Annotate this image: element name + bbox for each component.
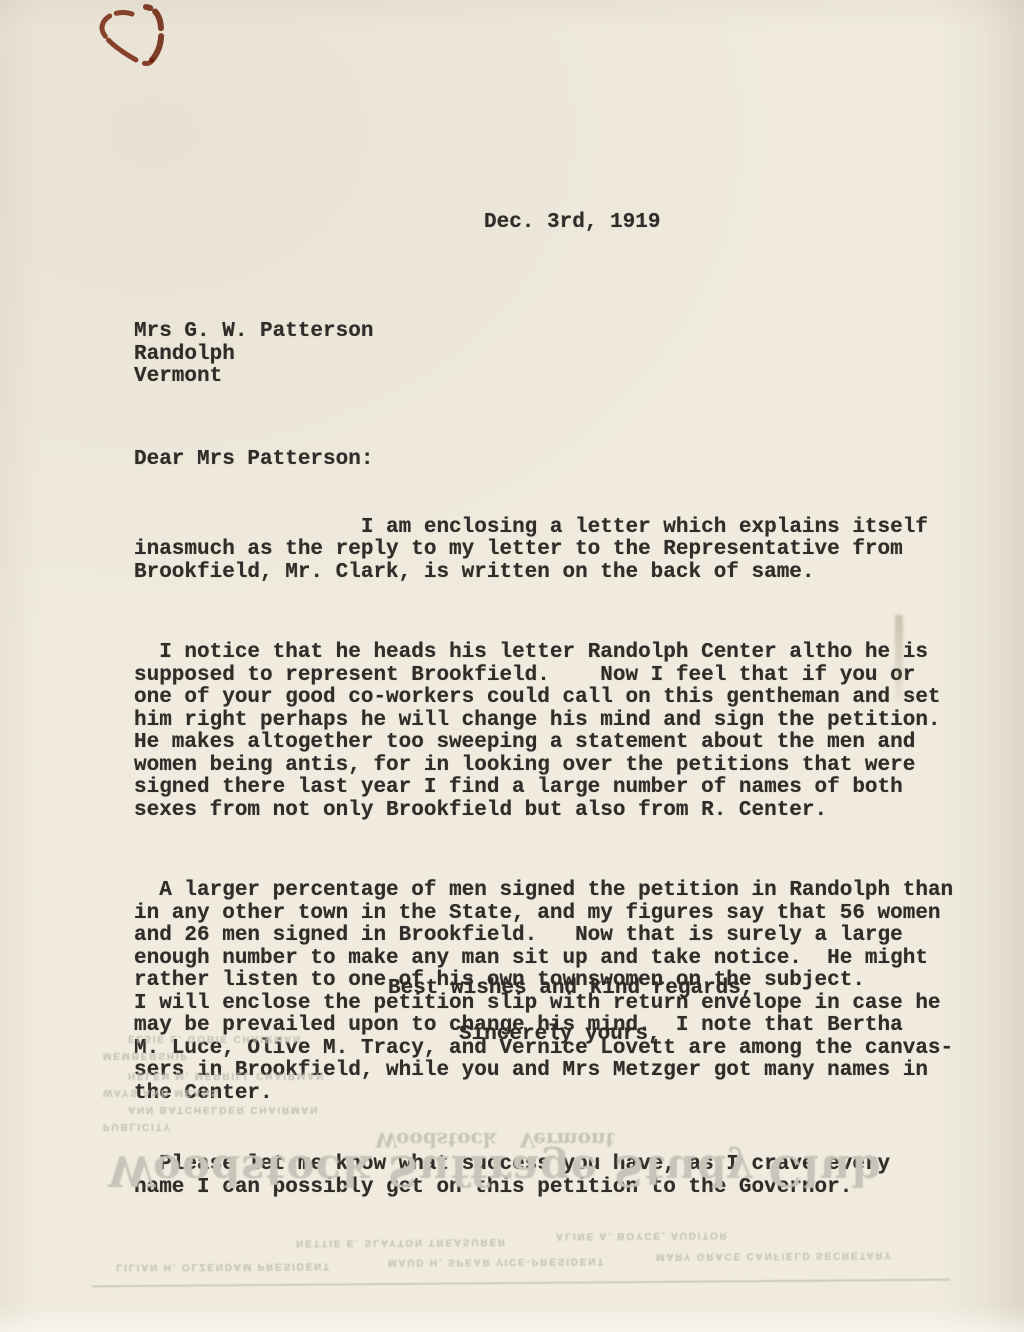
ghost-officer-vice-president: MAUD H. SPEAR VICE-PRESIDENT (388, 1255, 605, 1268)
ghost-officers-row: NETTIE E. SLAYTON TREASURER ALINE A. BOY… (0, 0, 1024, 1332)
ghost-officer-secretary: MARY GRACE CANFIELD SECRETARY (656, 1249, 893, 1262)
scanned-letter-page: Dec. 3rd, 1919 Mrs G. W. Patterson Rando… (0, 0, 1024, 1332)
scan-bottom-edge (0, 1306, 1024, 1332)
scan-streak-artifact (895, 615, 903, 703)
ghost-officer-treasurer: NETTIE E. SLAYTON TREASURER (296, 1236, 507, 1248)
ghost-officer-auditor: ALINE A. BOYCE, AUDITOR (556, 1230, 729, 1242)
ghost-officer-president: LILIAN H. OLZENDAM PRESIDENT (116, 1260, 331, 1272)
